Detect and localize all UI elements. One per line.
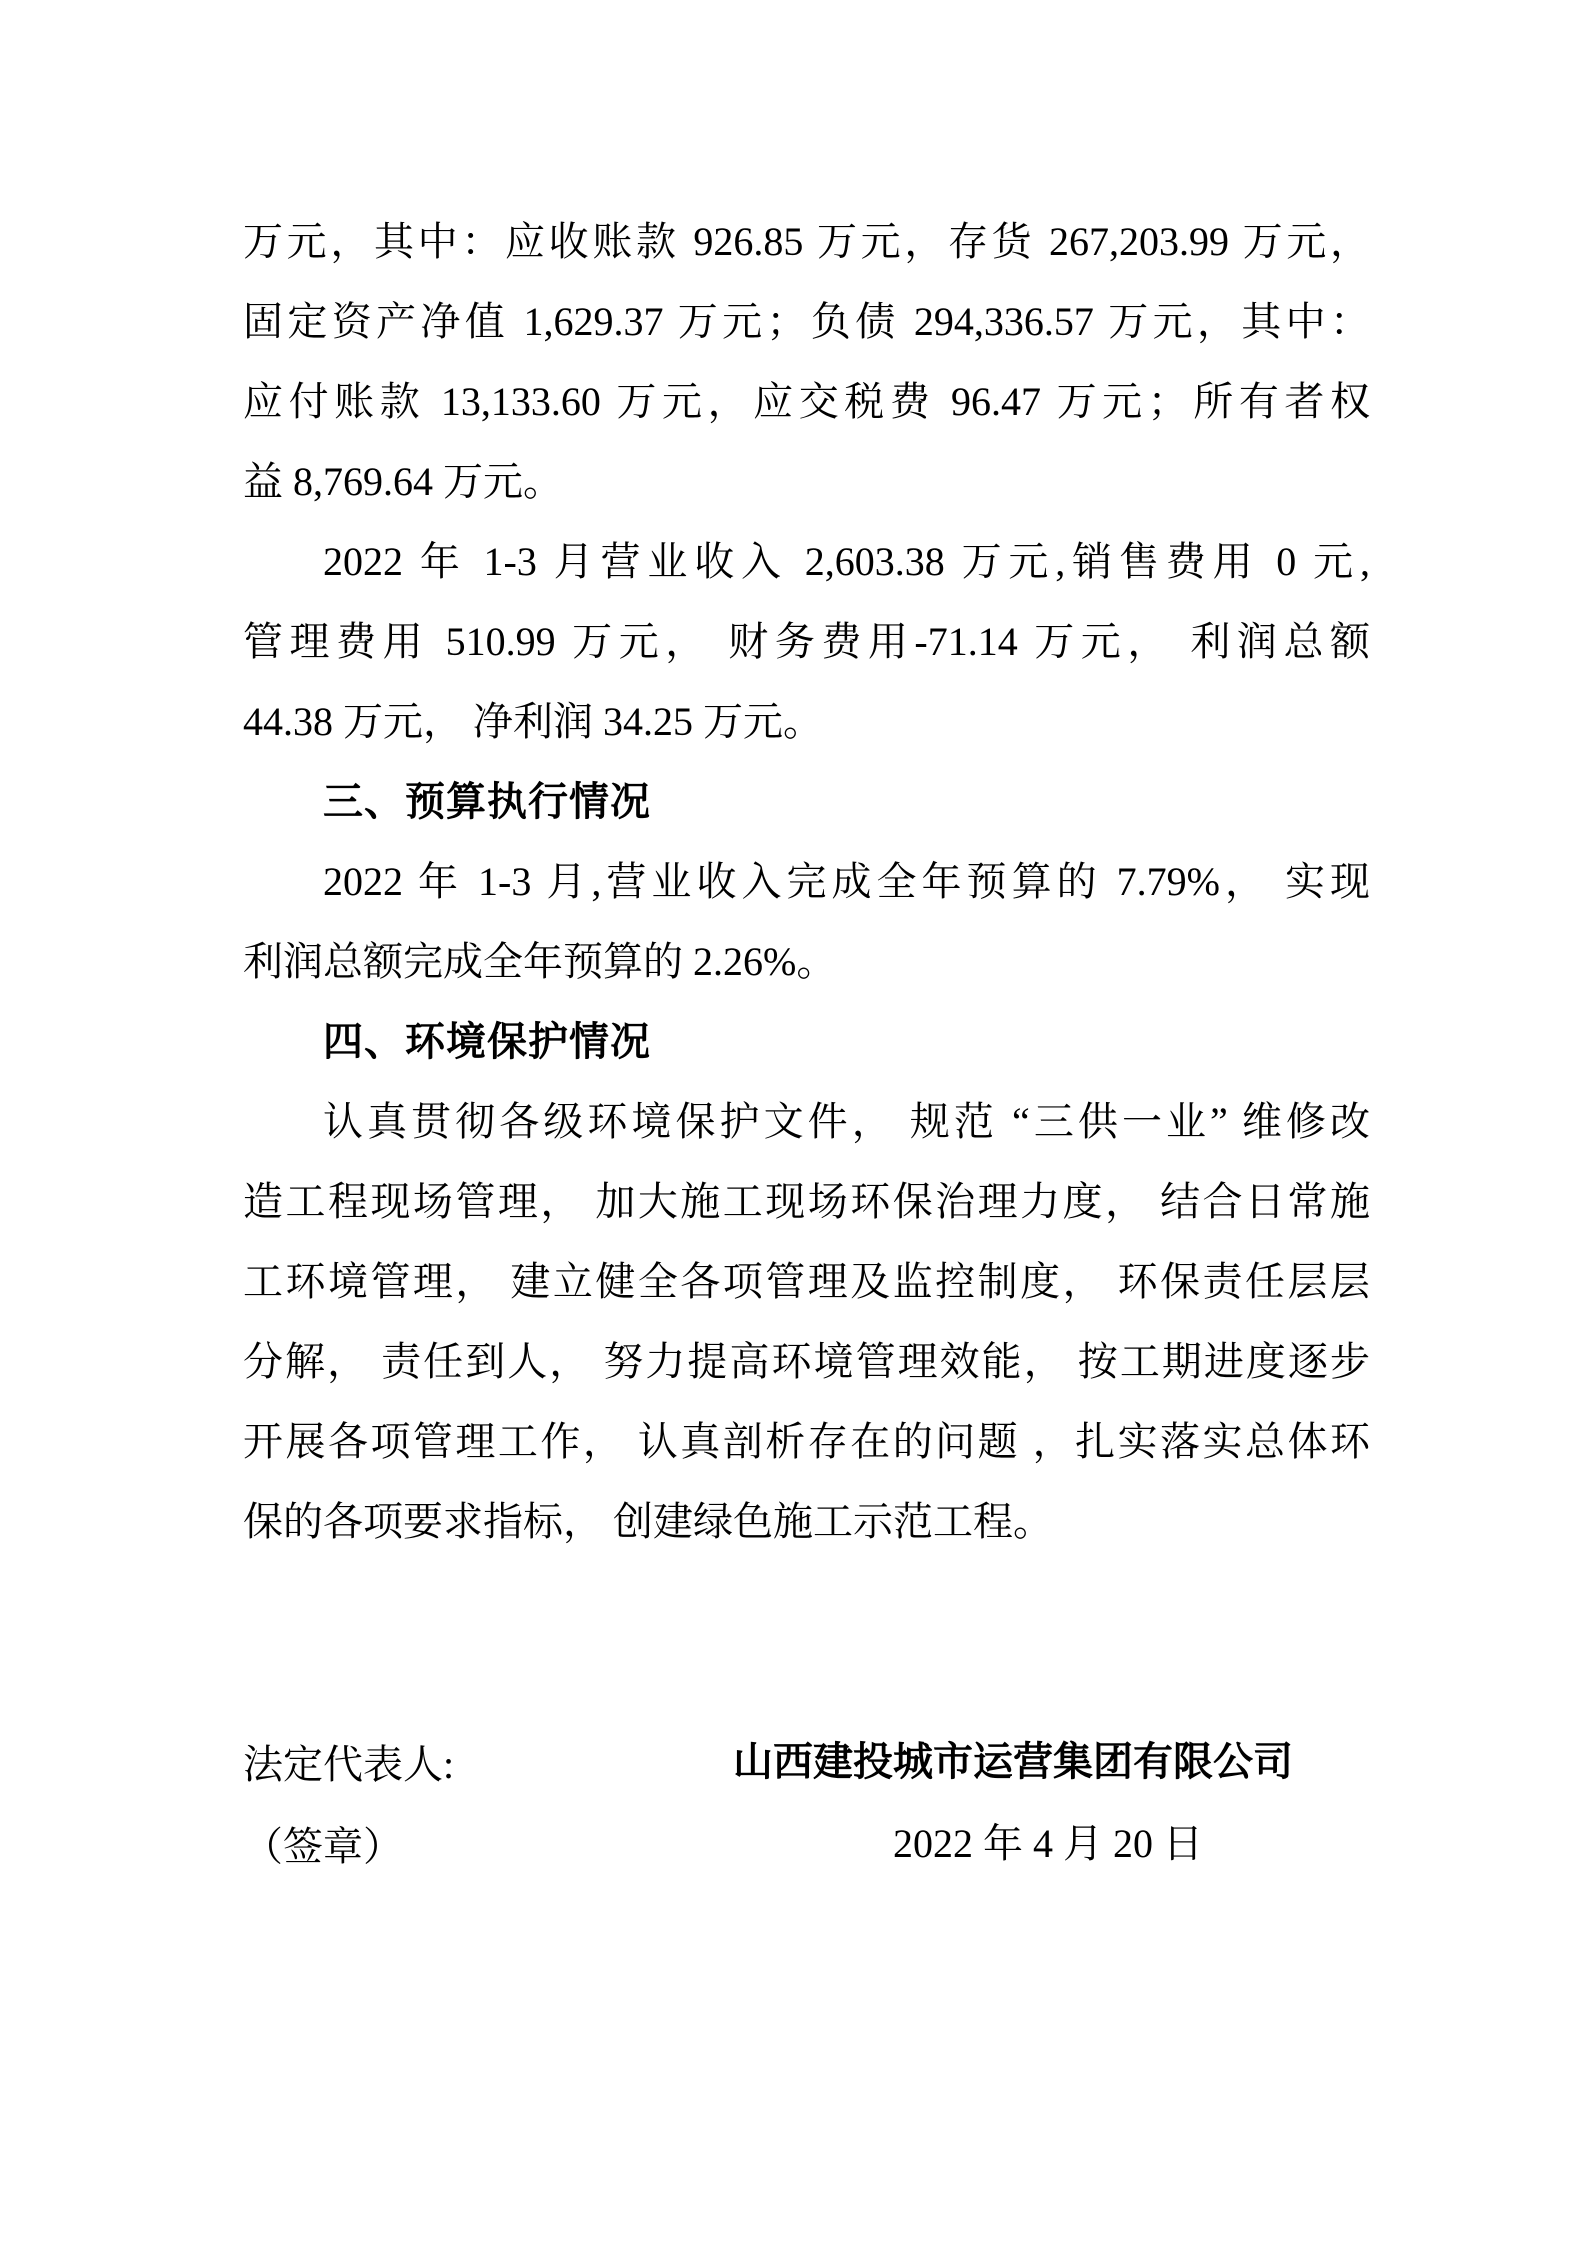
body-line-environment-4: 分解， 责任到人， 努力提高环境管理效能， 按工期进度逐步: [243, 1322, 1370, 1402]
report-body: 万元，其中：应收账款 926.85 万元，存货 267,203.99 万元， 固…: [243, 202, 1370, 1562]
body-line-environment-3: 工环境管理， 建立健全各项管理及监控制度， 环保责任层层: [243, 1242, 1370, 1322]
document-page: 万元，其中：应收账款 926.85 万元，存货 267,203.99 万元， 固…: [0, 0, 1587, 2245]
body-line-budget-2: 利润总额完成全年预算的 2.26%。: [243, 922, 1370, 1002]
legal-representative-label: 法定代表人:: [243, 1741, 454, 1789]
body-line-assets-2: 固定资产净值 1,629.37 万元；负债 294,336.57 万元，其中：: [243, 282, 1370, 362]
section-heading-environment: 四、环境保护情况: [243, 1002, 1370, 1082]
body-line-liabilities: 应付账款 13,133.60 万元，应交税费 96.47 万元；所有者权: [243, 362, 1370, 442]
section-heading-budget-execution: 三、预算执行情况: [243, 762, 1370, 842]
body-line-environment-1: 认真贯彻各级环境保护文件， 规范 “三供一业” 维修改: [243, 1082, 1370, 1162]
seal-label: （签章）: [243, 1823, 403, 1871]
body-line-environment-5: 开展各项管理工作， 认真剖析存在的问题 ，扎实落实总体环: [243, 1402, 1370, 1482]
body-line-equity: 益 8,769.64 万元。: [243, 442, 1370, 522]
body-line-revenue: 2022 年 1-3 月营业收入 2,603.38 万元,销售费用 0 元,: [243, 522, 1370, 602]
body-line-profit: 44.38 万元， 净利润 34.25 万元。: [243, 682, 1370, 762]
company-name: 山西建投城市运营集团有限公司: [733, 1738, 1293, 1786]
report-date: 2022 年 4 月 20 日: [893, 1820, 1203, 1868]
body-line-environment-6: 保的各项要求指标， 创建绿色施工示范工程。: [243, 1482, 1370, 1562]
body-line-assets-1: 万元，其中：应收账款 926.85 万元，存货 267,203.99 万元，: [243, 202, 1370, 282]
body-line-environment-2: 造工程现场管理， 加大施工现场环保治理力度， 结合日常施: [243, 1162, 1370, 1242]
body-line-budget-1: 2022 年 1-3 月,营业收入完成全年预算的 7.79%， 实现: [243, 842, 1370, 922]
body-line-expenses: 管理费用 510.99 万元， 财务费用-71.14 万元， 利润总额: [243, 602, 1370, 682]
